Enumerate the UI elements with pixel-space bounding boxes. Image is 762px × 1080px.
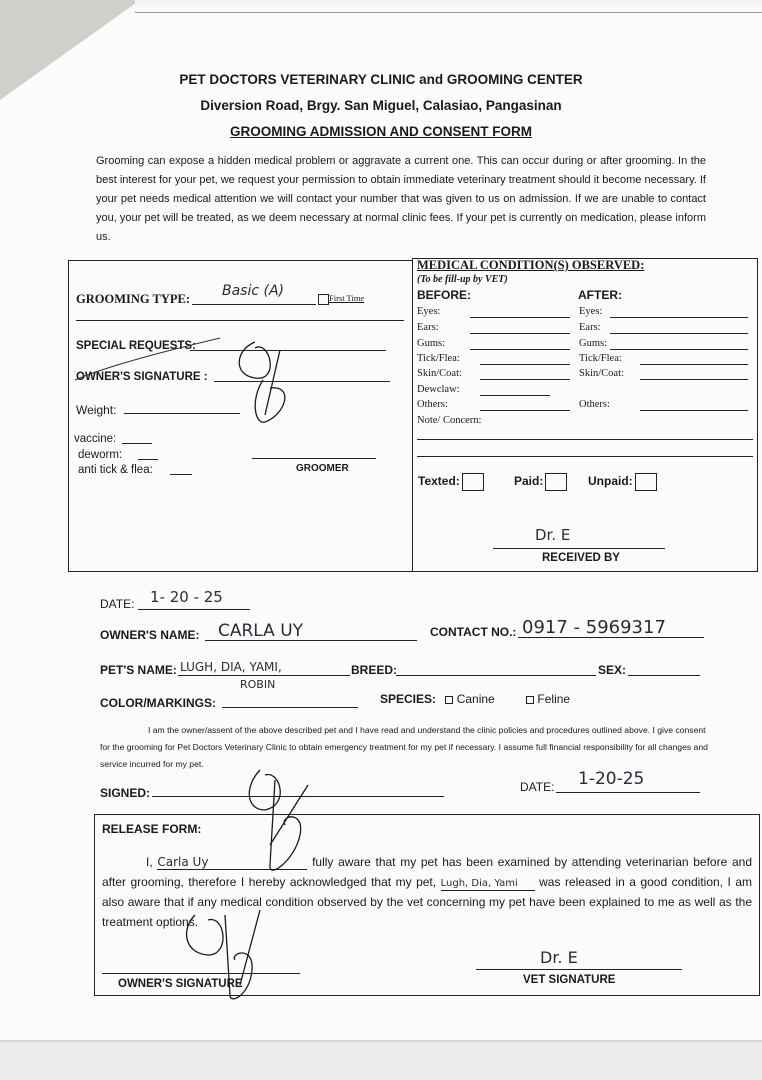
pet-name-label: PET'S NAME:: [100, 663, 177, 677]
clinic-name: PET DOCTORS VETERINARY CLINIC and GROOMI…: [0, 72, 762, 87]
first-time-box[interactable]: [318, 294, 329, 305]
signed-label: SIGNED:: [100, 786, 150, 800]
after-field-label: Skin/Coat:: [579, 368, 624, 379]
vet-signature-line: [476, 969, 682, 970]
after-field-label: Eyes:: [579, 306, 602, 317]
unpaid-box[interactable]: [635, 473, 657, 491]
after-field-input[interactable]: [610, 333, 748, 334]
form-title: GROOMING ADMISSION AND CONSENT FORM: [0, 124, 762, 139]
color-field[interactable]: [222, 707, 358, 708]
paid-checkbox[interactable]: Paid:: [514, 473, 567, 491]
release-title: RELEASE FORM:: [102, 822, 201, 836]
release-owner-name-field[interactable]: Carla Uy: [157, 856, 307, 870]
weight-field[interactable]: [124, 413, 240, 414]
after-field-input[interactable]: [640, 410, 748, 411]
canine-checkbox[interactable]: [445, 696, 453, 704]
after-field-input[interactable]: [640, 379, 748, 380]
pet-name-field-line2[interactable]: ROBIN: [240, 678, 275, 691]
release-paragraph: I, Carla Uy fully aware that my pet has …: [102, 852, 752, 932]
unpaid-label: Unpaid:: [588, 474, 633, 488]
special-requests-label: SPECIAL REQUESTS:: [76, 340, 196, 352]
sex-field[interactable]: [628, 675, 700, 676]
release-pet-names-field[interactable]: Lugh, Dia, Yami: [441, 878, 535, 891]
release-text-1: I,: [146, 855, 153, 869]
before-field-input[interactable]: [470, 317, 570, 318]
before-field-input[interactable]: [480, 410, 570, 411]
note-line-1[interactable]: [417, 439, 753, 440]
signed-date-line: [556, 792, 700, 793]
antitick-field[interactable]: [170, 474, 192, 475]
scanner-bed: [0, 1040, 762, 1080]
deworm-field[interactable]: [138, 459, 158, 460]
sex-label: SEX:: [598, 663, 626, 677]
paper-top-edge: [135, 0, 762, 13]
texted-checkbox[interactable]: Texted:: [418, 473, 484, 491]
breed-field[interactable]: [396, 675, 596, 676]
special-requests-field[interactable]: [190, 350, 386, 351]
after-label: AFTER:: [578, 288, 622, 302]
before-field-input[interactable]: [480, 364, 570, 365]
after-field-label: Gums:: [579, 338, 607, 349]
first-time-checkbox[interactable]: First Time: [318, 293, 364, 305]
note-line-2[interactable]: [417, 456, 753, 457]
weight-label: Weight:: [76, 403, 116, 417]
before-field-label: Gums:: [417, 338, 445, 349]
feline-checkbox[interactable]: [526, 696, 534, 704]
breed-label: BREED:: [351, 663, 397, 677]
before-field-label: Eyes:: [417, 306, 440, 317]
species-group: SPECIES: Canine Feline: [380, 692, 570, 706]
release-owner-signature-label: OWNER'S SIGNATURE: [118, 978, 243, 990]
texted-box[interactable]: [462, 473, 484, 491]
before-field-label: Dewclaw:: [417, 384, 460, 395]
paid-box[interactable]: [545, 473, 567, 491]
signed-date-label: DATE:: [520, 780, 554, 794]
date-line: [138, 609, 250, 610]
signed-date-field[interactable]: 1-20-25: [578, 769, 644, 789]
after-field-label: Tick/Flea:: [579, 353, 622, 364]
after-field-label: Others:: [579, 399, 610, 410]
owner-signature-field[interactable]: [214, 381, 390, 382]
unpaid-checkbox[interactable]: Unpaid:: [588, 473, 657, 491]
feline-label: Feline: [537, 692, 570, 706]
contact-label: CONTACT NO.:: [430, 625, 516, 639]
owner-name-field[interactable]: CARLA UY: [218, 621, 303, 641]
vaccine-label: vaccine:: [74, 433, 116, 445]
before-field-input[interactable]: [480, 379, 570, 380]
first-time-label: First Time: [329, 293, 364, 303]
release-owner-signature-line[interactable]: [102, 973, 300, 974]
grooming-type-line: [192, 304, 316, 305]
species-canine-option[interactable]: Canine: [445, 692, 494, 706]
received-by-label: RECEIVED BY: [542, 552, 620, 564]
received-by-signature[interactable]: Dr. E: [535, 526, 570, 544]
before-field-label: Skin/Coat:: [417, 368, 462, 379]
color-label: COLOR/MARKINGS:: [100, 696, 216, 710]
before-field-label: Others:: [417, 399, 448, 410]
canine-label: Canine: [457, 692, 495, 706]
grooming-type-label: GROOMING TYPE:: [76, 292, 190, 307]
contact-field[interactable]: 0917 - 5969317: [522, 617, 666, 638]
before-field-input[interactable]: [470, 349, 570, 350]
paid-label: Paid:: [514, 474, 543, 488]
after-field-input[interactable]: [610, 349, 748, 350]
deworm-label: deworm:: [78, 449, 122, 461]
received-by-line: [493, 548, 665, 549]
before-field-label: Tick/Flea:: [417, 353, 460, 364]
before-field-input[interactable]: [480, 395, 550, 396]
medical-subtitle: (To be fill-up by VET): [417, 274, 508, 285]
after-field-input[interactable]: [610, 317, 748, 318]
note-label: Note/ Concern:: [417, 415, 481, 426]
vet-signature-field[interactable]: Dr. E: [540, 948, 578, 967]
after-field-label: Ears:: [579, 322, 601, 333]
intro-paragraph: Grooming can expose a hidden medical pro…: [96, 152, 706, 247]
grooming-type-field[interactable]: Basic (A): [222, 283, 284, 299]
grooming-extra-line: [76, 320, 404, 321]
clinic-address: Diversion Road, Brgy. San Miguel, Calasi…: [0, 98, 762, 113]
vet-signature-label: VET SIGNATURE: [523, 974, 615, 986]
species-feline-option[interactable]: Feline: [526, 692, 570, 706]
texted-label: Texted:: [418, 474, 460, 488]
before-field-input[interactable]: [470, 333, 570, 334]
date-label: DATE:: [100, 597, 134, 611]
medical-title: MEDICAL CONDITION(S) OBSERVED:: [417, 258, 644, 273]
owner-name-label: OWNER'S NAME:: [100, 628, 200, 642]
groomer-signature-line[interactable]: [252, 458, 376, 459]
consent-text: I am the owner/assent of the above descr…: [100, 722, 710, 773]
date-field[interactable]: 1- 20 - 25: [150, 588, 223, 606]
pet-name-field[interactable]: LUGH, DIA, YAMI,: [180, 660, 282, 674]
owner-signature-label: OWNER'S SIGNATURE :: [76, 371, 208, 383]
vaccine-field[interactable]: [122, 443, 152, 444]
species-label: SPECIES:: [380, 692, 436, 706]
before-label: BEFORE:: [417, 288, 471, 302]
signed-field[interactable]: [152, 796, 444, 797]
after-field-input[interactable]: [640, 364, 748, 365]
groomer-label: GROOMER: [296, 463, 349, 474]
antitick-label: anti tick & flea:: [78, 464, 153, 476]
pet-name-line: [178, 675, 350, 676]
before-field-label: Ears:: [417, 322, 439, 333]
